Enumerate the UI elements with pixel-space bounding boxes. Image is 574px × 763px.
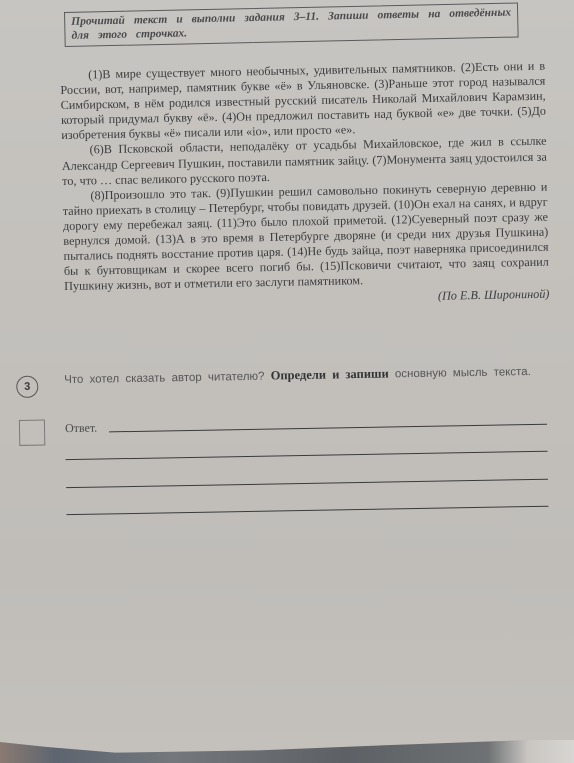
- answer-label: Ответ.: [65, 421, 97, 437]
- question-suffix: основную мысль текста.: [389, 366, 531, 380]
- answer-line-1[interactable]: [109, 424, 547, 433]
- exam-page: Прочитай текст и выполни задания 3–11. З…: [0, 0, 574, 763]
- task-question: Что хотел сказать автор читателю? Опреде…: [64, 364, 544, 388]
- question-prefix: Что хотел сказать автор читателю?: [64, 371, 271, 387]
- answer-line-4[interactable]: [67, 506, 549, 515]
- task-3: 3 Что хотел сказать автор читателю? Опре…: [16, 361, 546, 370]
- instruction-box: Прочитай текст и выполни задания 3–11. З…: [64, 2, 519, 47]
- passage-paragraph-3: (8)Произошло это так. (9)Пушкин решил са…: [62, 179, 549, 294]
- score-checkbox[interactable]: [19, 420, 45, 446]
- answer-line-2[interactable]: [66, 451, 548, 460]
- question-bold: Определи и запиши: [271, 366, 389, 382]
- instruction-text: Прочитай текст и выполни задания 3–11. З…: [71, 7, 511, 42]
- answer-line-3[interactable]: [66, 479, 548, 488]
- background-surface: [0, 740, 574, 763]
- task-number-badge: 3: [16, 376, 38, 398]
- reading-passage: (1)В мире существует много необычных, уд…: [60, 59, 550, 312]
- passage-paragraph-1: (1)В мире существует много необычных, уд…: [60, 59, 546, 144]
